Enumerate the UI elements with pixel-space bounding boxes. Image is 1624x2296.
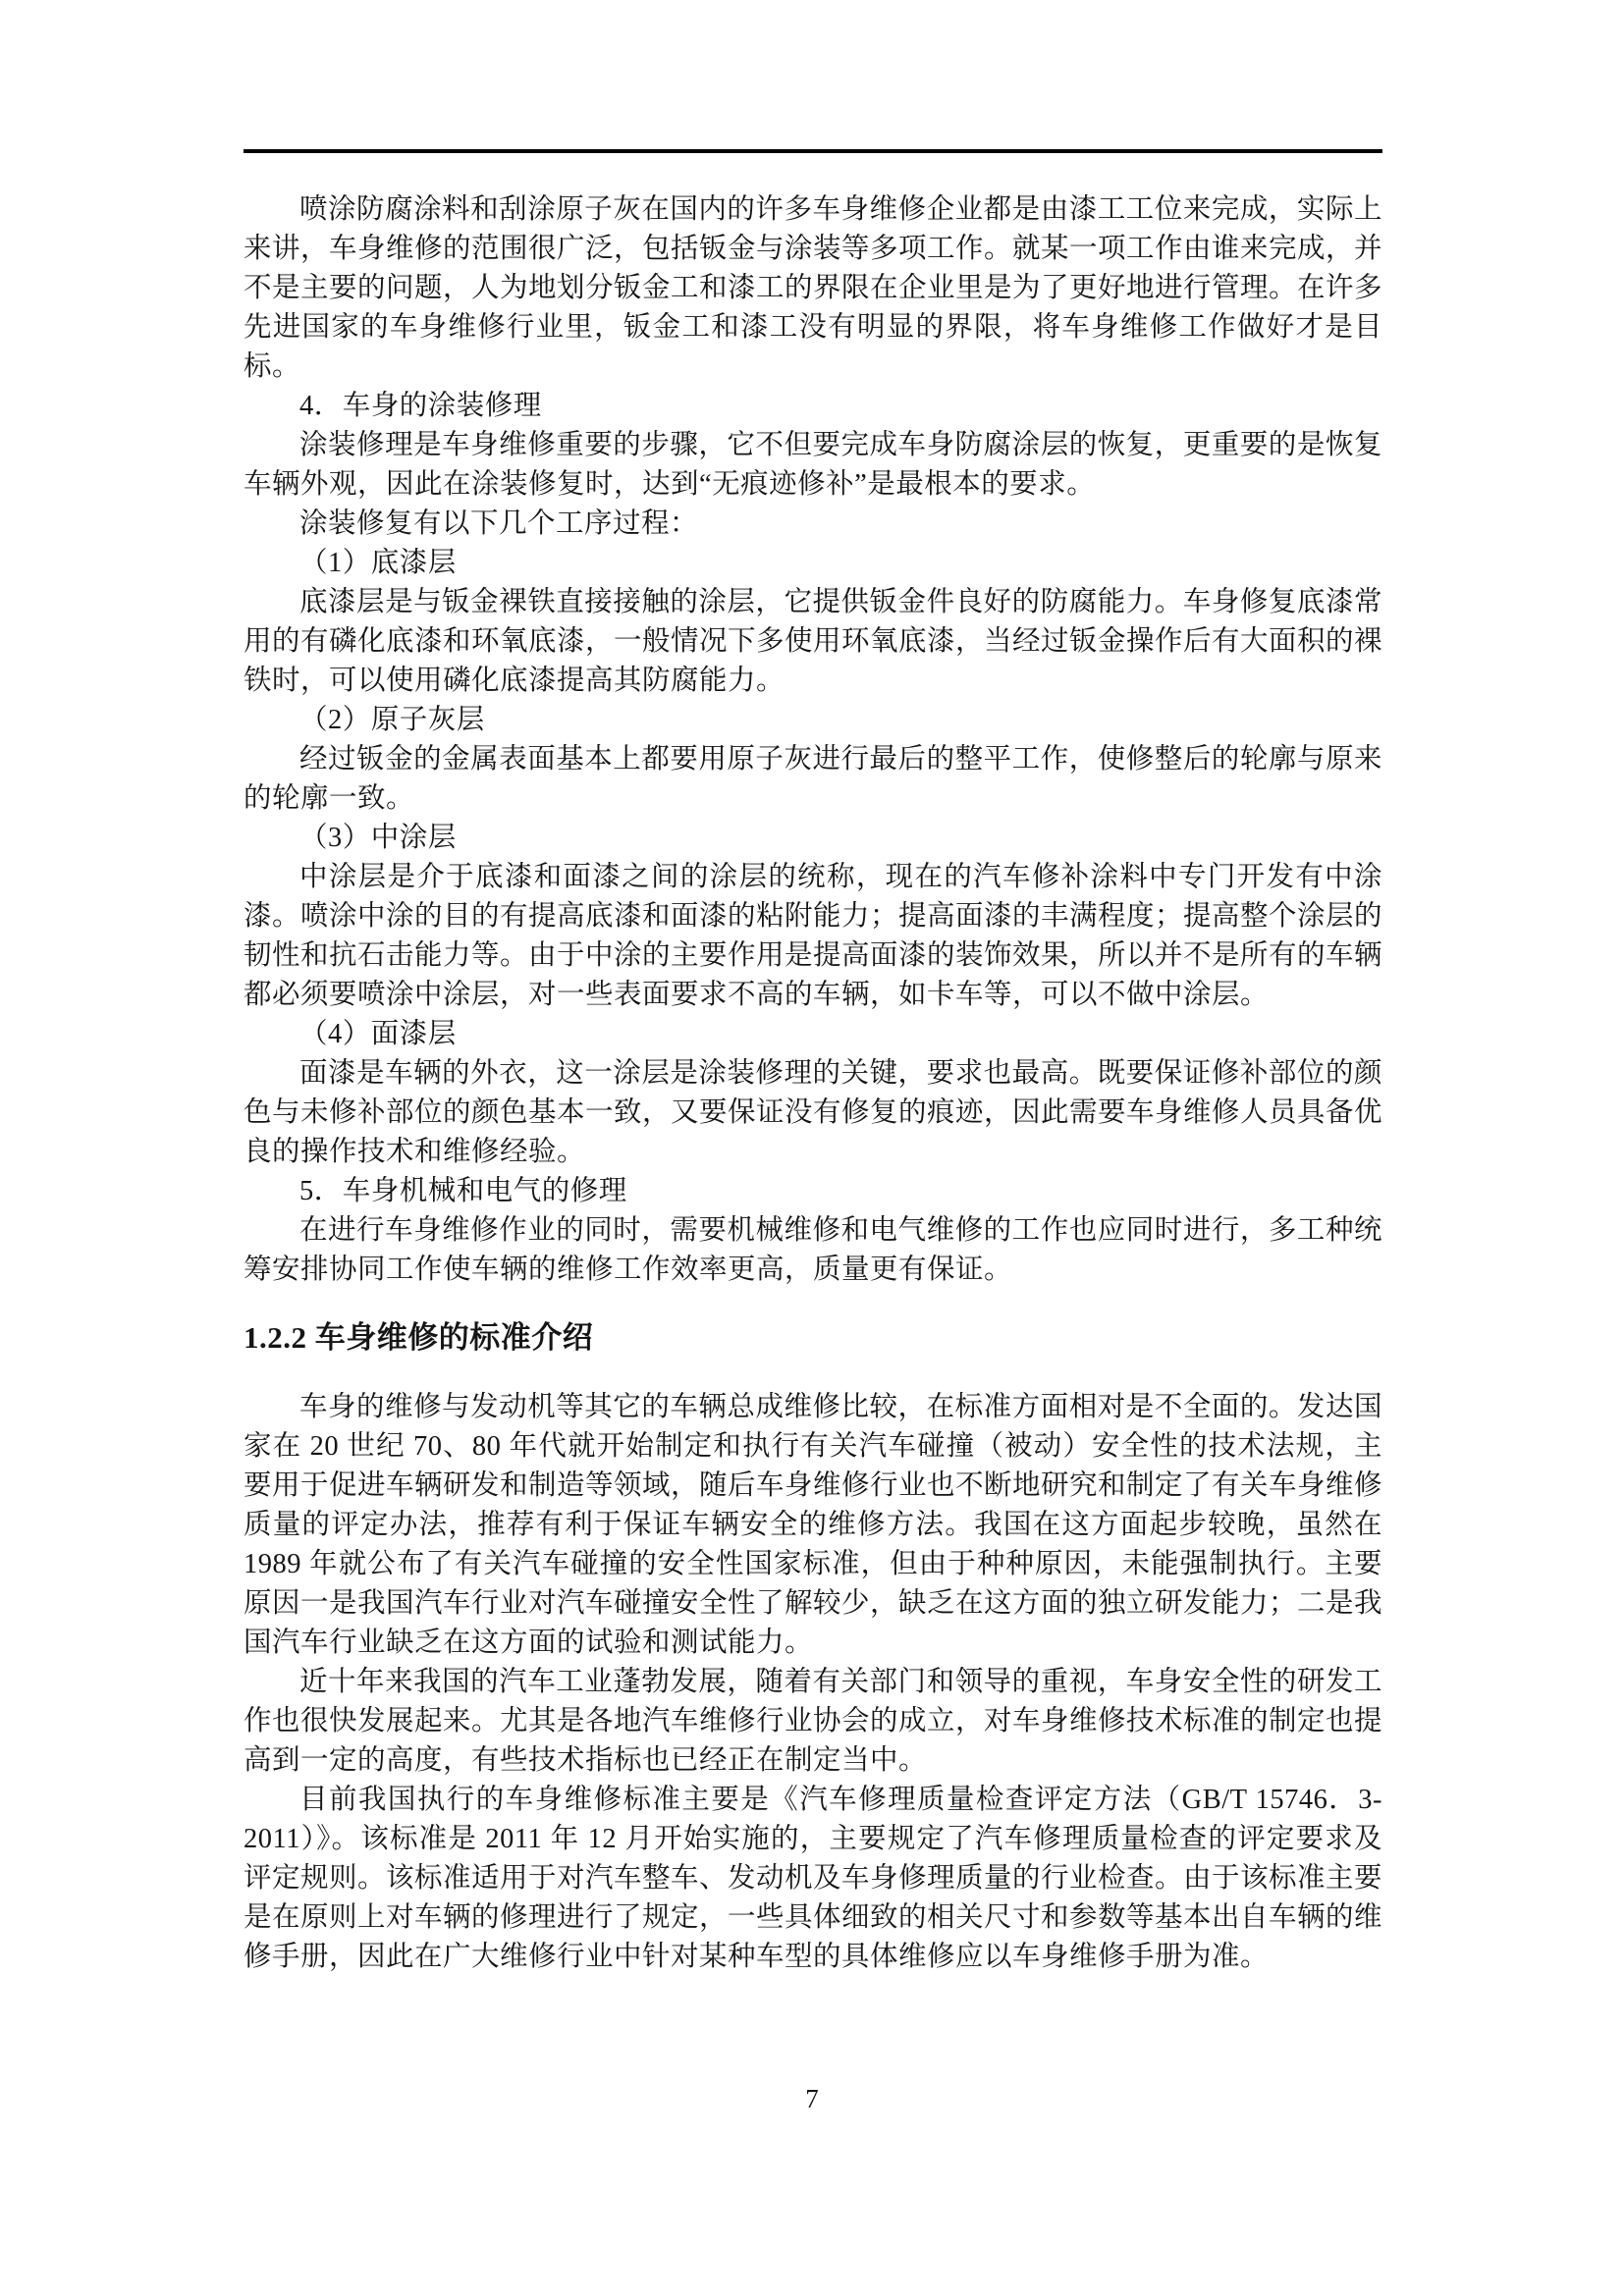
numbered-subheading: 4．车身的涂装修理 [244,387,1382,426]
paragraph: 涂装修理是车身维修重要的步骤，它不但要完成车身防腐涂层的恢复，更重要的是恢复车辆… [244,426,1382,505]
paragraph: 在进行车身维修作业的同时，需要机械维修和电气维修的工作也应同时进行，多工种统筹安… [244,1211,1382,1290]
list-item-heading: （2）原子灰层 [244,701,1382,740]
numbered-subheading: 5．车身机械和电气的修理 [244,1172,1382,1211]
paragraph: 目前我国执行的车身维修标准主要是《汽车修理质量检查评定方法（GB/T 15746… [244,1781,1382,1977]
document-body: 喷涂防腐涂料和刮涂原子灰在国内的许多车身维修企业都是由漆工工位来完成，实际上来讲… [244,190,1382,1977]
document-page: 喷涂防腐涂料和刮涂原子灰在国内的许多车身维修企业都是由漆工工位来完成，实际上来讲… [0,0,1624,2296]
paragraph: 近十年来我国的汽车工业蓬勃发展，随着有关部门和领导的重视，车身安全性的研发工作也… [244,1663,1382,1781]
paragraph: 经过钣金的金属表面基本上都要用原子灰进行最后的整平工作，使修整后的轮廓与原来的轮… [244,740,1382,819]
paragraph: 中涂层是介于底漆和面漆之间的涂层的统称，现在的汽车修补涂料中专门开发有中涂漆。喷… [244,858,1382,1015]
list-item-heading: （3）中涂层 [244,819,1382,858]
page-number: 7 [0,2083,1624,2114]
section-heading: 1.2.2 车身维修的标准介绍 [244,1315,1382,1361]
paragraph: 喷涂防腐涂料和刮涂原子灰在国内的许多车身维修企业都是由漆工工位来完成，实际上来讲… [244,190,1382,387]
paragraph: 车身的维修与发动机等其它的车辆总成维修比较，在标准方面相对是不全面的。发达国家在… [244,1388,1382,1663]
header-rule [244,149,1382,153]
list-item-heading: （1）底漆层 [244,544,1382,583]
paragraph: 底漆层是与钣金裸铁直接接触的涂层，它提供钣金件良好的防腐能力。车身修复底漆常用的… [244,583,1382,701]
paragraph: 面漆是车辆的外衣，这一涂层是涂装修理的关键，要求也最高。既要保证修补部位的颜色与… [244,1054,1382,1172]
list-item-heading: （4）面漆层 [244,1015,1382,1054]
paragraph: 涂装修复有以下几个工序过程： [244,505,1382,544]
